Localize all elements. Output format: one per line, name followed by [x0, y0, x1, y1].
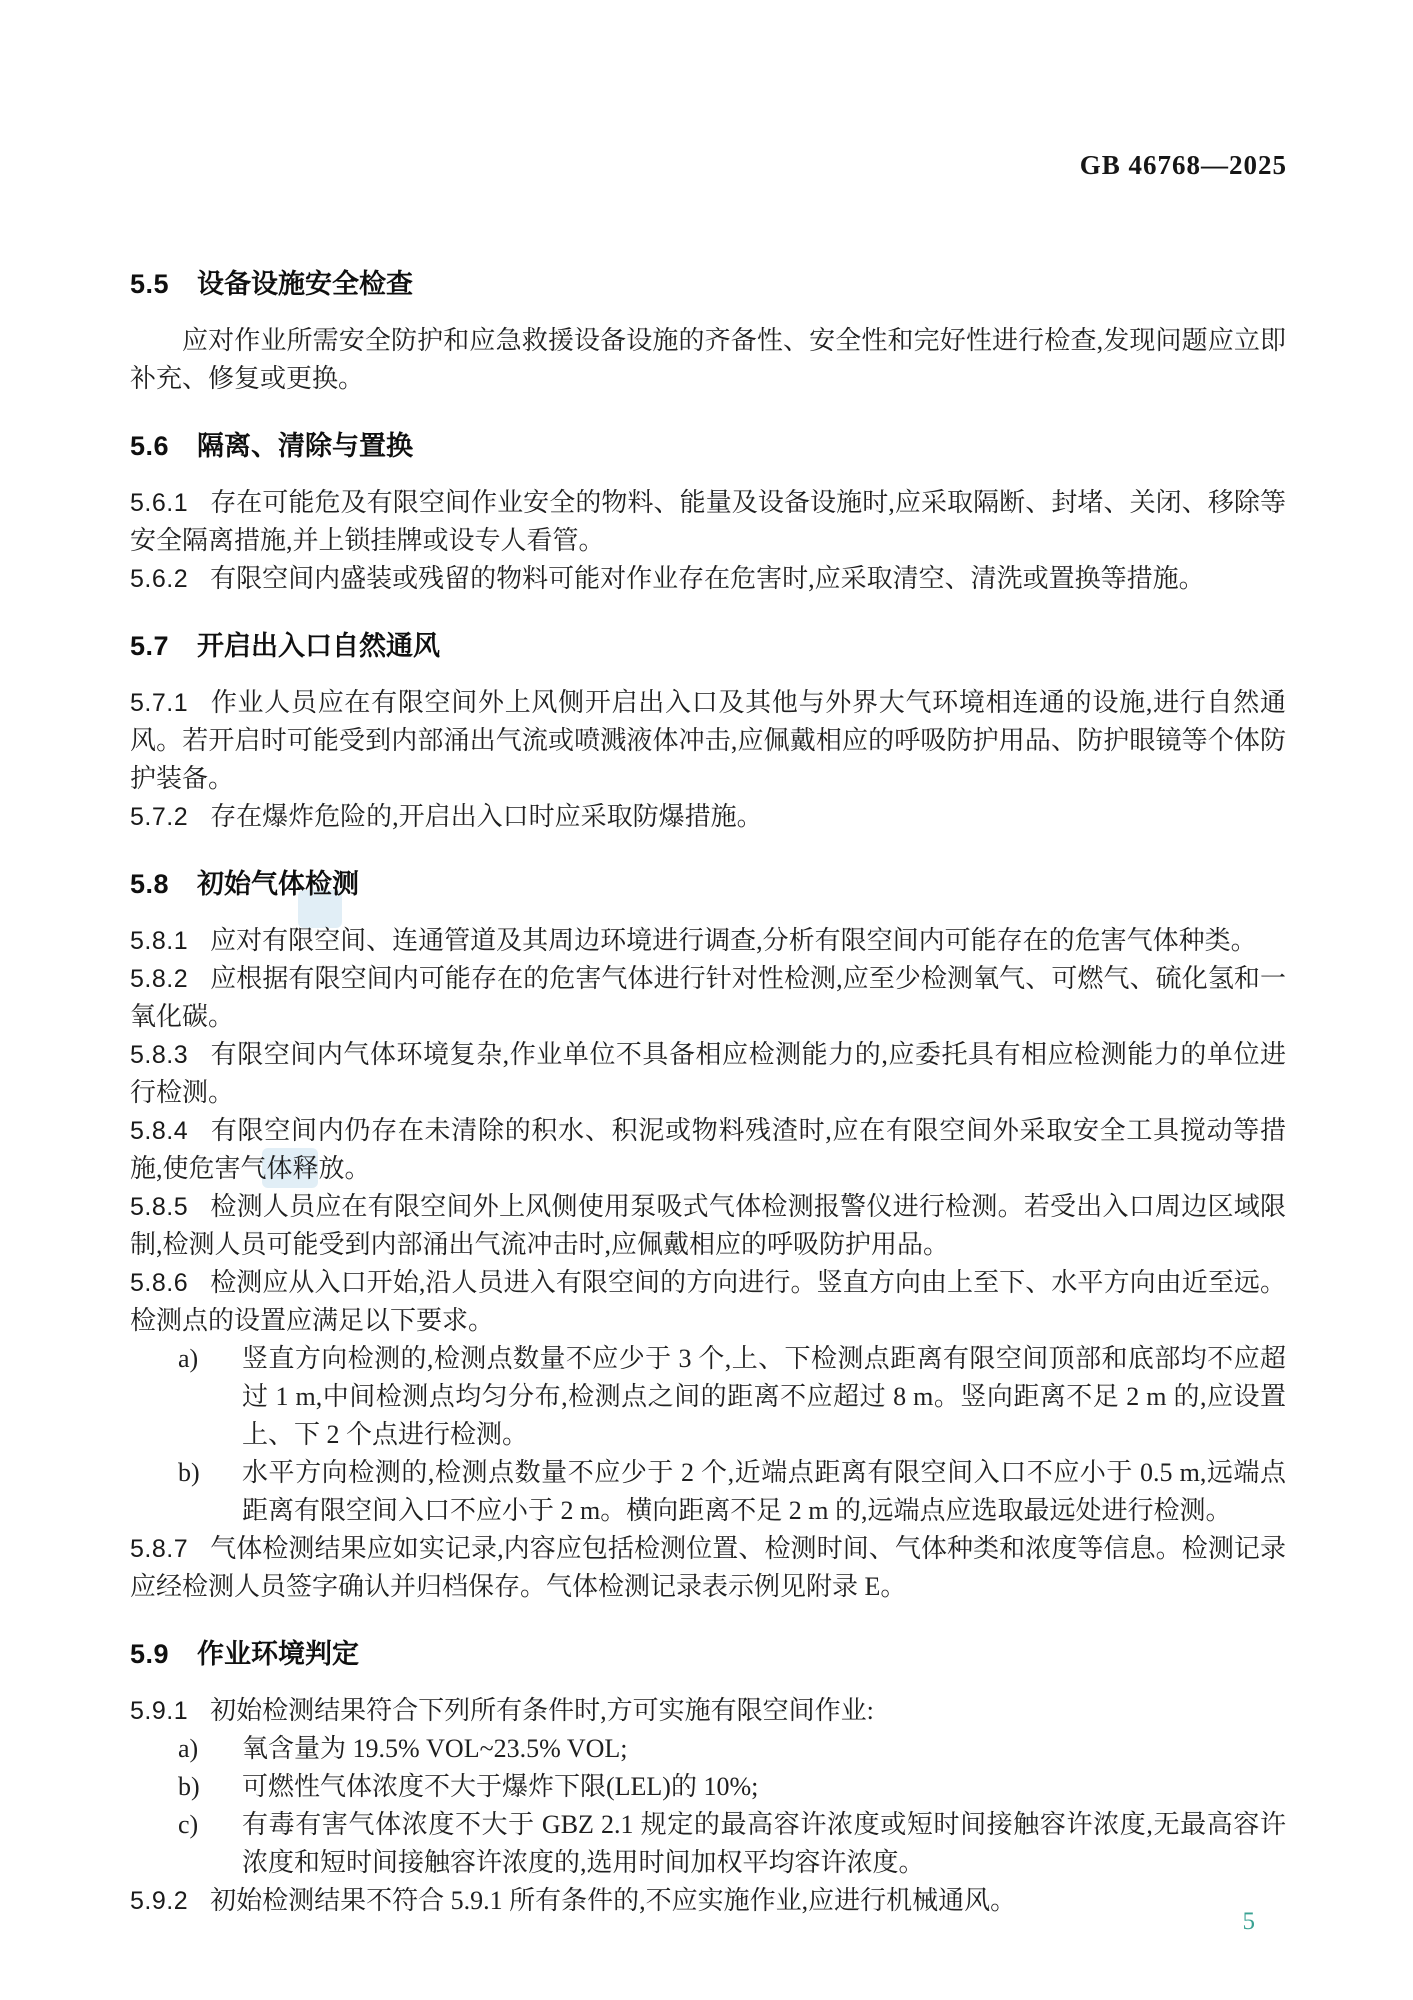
section-number: 5.9 [130, 1639, 169, 1669]
clause-text: 有限空间内气体环境复杂,作业单位不具备相应检测能力的,应委托具有相应检测能力的单… [130, 1040, 1286, 1107]
section-heading: 5.7开启出入口自然通风 [130, 626, 1286, 666]
list-item-text: 氧含量为 19.5% VOL~23.5% VOL; [242, 1734, 628, 1763]
clause-text: 初始检测结果不符合 5.9.1 所有条件的,不应实施作业,应进行机械通风。 [210, 1886, 1016, 1915]
clause-number: 5.6.2 [130, 565, 188, 593]
body-paragraph: 应对作业所需安全防护和应急救援设备设施的齐备性、安全性和完好性进行检查,发现问题… [130, 322, 1286, 398]
list-item-marker: a) [178, 1730, 198, 1768]
list-item-marker: b) [178, 1768, 200, 1806]
section-title: 设备设施安全检查 [197, 269, 413, 299]
clause-number: 5.8.2 [130, 965, 188, 993]
clause-number: 5.8.7 [130, 1535, 188, 1563]
clause-paragraph: 5.8.5检测人员应在有限空间外上风侧使用泵吸式气体检测报警仪进行检测。若受出入… [130, 1188, 1286, 1264]
list-item-marker: b) [178, 1454, 200, 1492]
document-page: GB 46768—2025 5.5设备设施安全检查应对作业所需安全防护和应急救援… [0, 0, 1413, 2000]
clause-number: 5.9.2 [130, 1887, 188, 1915]
clause-text: 检测人员应在有限空间外上风侧使用泵吸式气体检测报警仪进行检测。若受出入口周边区域… [130, 1192, 1286, 1259]
list-item-text: 水平方向检测的,检测点数量不应少于 2 个,近端点距离有限空间入口不应小于 0.… [242, 1458, 1286, 1525]
clause-number: 5.8.4 [130, 1117, 188, 1145]
clause-number: 5.8.5 [130, 1193, 188, 1221]
clause-paragraph: 5.8.3有限空间内气体环境复杂,作业单位不具备相应检测能力的,应委托具有相应检… [130, 1036, 1286, 1112]
document-body: 5.5设备设施安全检查应对作业所需安全防护和应急救援设备设施的齐备性、安全性和完… [130, 246, 1286, 1920]
list-item-text: 竖直方向检测的,检测点数量不应少于 3 个,上、下检测点距离有限空间顶部和底部均… [242, 1344, 1286, 1449]
list-item: c)有毒有害气体浓度不大于 GBZ 2.1 规定的最高容许浓度或短时间接触容许浓… [130, 1806, 1286, 1882]
page-number: 5 [1243, 1908, 1256, 1936]
standard-number-header: GB 46768—2025 [130, 150, 1287, 181]
clause-paragraph: 5.8.4有限空间内仍存在未清除的积水、积泥或物料残渣时,应在有限空间外采取安全… [130, 1112, 1286, 1188]
list-item: a)竖直方向检测的,检测点数量不应少于 3 个,上、下检测点距离有限空间顶部和底… [130, 1340, 1286, 1454]
clause-text: 气体检测结果应如实记录,内容应包括检测位置、检测时间、气体种类和浓度等信息。检测… [130, 1534, 1286, 1601]
clause-text: 应对有限空间、连通管道及其周边环境进行调查,分析有限空间内可能存在的危害气体种类… [210, 926, 1257, 955]
clause-paragraph: 5.8.2应根据有限空间内可能存在的危害气体进行针对性检测,应至少检测氧气、可燃… [130, 960, 1286, 1036]
section-number: 5.7 [130, 631, 169, 661]
clause-text: 有限空间内盛装或残留的物料可能对作业存在危害时,应采取清空、清洗或置换等措施。 [210, 564, 1205, 593]
clause-text: 应根据有限空间内可能存在的危害气体进行针对性检测,应至少检测氧气、可燃气、硫化氢… [130, 964, 1286, 1031]
clause-number: 5.8.3 [130, 1041, 188, 1069]
clause-paragraph: 5.9.2初始检测结果不符合 5.9.1 所有条件的,不应实施作业,应进行机械通… [130, 1882, 1286, 1920]
clause-number: 5.7.1 [130, 689, 188, 717]
clause-text: 存在爆炸危险的,开启出入口时应采取防爆措施。 [210, 802, 763, 831]
list-item: b)可燃性气体浓度不大于爆炸下限(LEL)的 10%; [130, 1768, 1286, 1806]
list-item: b)水平方向检测的,检测点数量不应少于 2 个,近端点距离有限空间入口不应小于 … [130, 1454, 1286, 1530]
clause-number: 5.9.1 [130, 1697, 188, 1725]
clause-text: 存在可能危及有限空间作业安全的物料、能量及设备设施时,应采取隔断、封堵、关闭、移… [130, 488, 1286, 555]
clause-paragraph: 5.6.2有限空间内盛装或残留的物料可能对作业存在危害时,应采取清空、清洗或置换… [130, 560, 1286, 598]
clause-paragraph: 5.6.1存在可能危及有限空间作业安全的物料、能量及设备设施时,应采取隔断、封堵… [130, 484, 1286, 560]
section-heading: 5.5设备设施安全检查 [130, 264, 1286, 304]
section-heading: 5.6隔离、清除与置换 [130, 426, 1286, 466]
clause-number: 5.7.2 [130, 803, 188, 831]
clause-paragraph: 5.9.1初始检测结果符合下列所有条件时,方可实施有限空间作业: [130, 1692, 1286, 1730]
section-heading: 5.9作业环境判定 [130, 1634, 1286, 1674]
section-title: 开启出入口自然通风 [197, 631, 440, 661]
clause-paragraph: 5.8.6检测应从入口开始,沿人员进入有限空间的方向进行。竖直方向由上至下、水平… [130, 1264, 1286, 1340]
clause-paragraph: 5.8.7气体检测结果应如实记录,内容应包括检测位置、检测时间、气体种类和浓度等… [130, 1530, 1286, 1606]
clause-text: 有限空间内仍存在未清除的积水、积泥或物料残渣时,应在有限空间外采取安全工具搅动等… [130, 1116, 1286, 1183]
section-number: 5.6 [130, 431, 169, 461]
clause-number: 5.8.6 [130, 1269, 188, 1297]
clause-text: 作业人员应在有限空间外上风侧开启出入口及其他与外界大气环境相连通的设施,进行自然… [130, 688, 1286, 793]
section-number: 5.8 [130, 869, 169, 899]
clause-number: 5.8.1 [130, 927, 188, 955]
clause-paragraph: 5.8.1应对有限空间、连通管道及其周边环境进行调查,分析有限空间内可能存在的危… [130, 922, 1286, 960]
clause-text: 初始检测结果符合下列所有条件时,方可实施有限空间作业: [210, 1696, 874, 1725]
clause-paragraph: 5.7.2存在爆炸危险的,开启出入口时应采取防爆措施。 [130, 798, 1286, 836]
section-title: 隔离、清除与置换 [197, 431, 413, 461]
section-number: 5.5 [130, 269, 169, 299]
list-item-text: 可燃性气体浓度不大于爆炸下限(LEL)的 10%; [242, 1772, 758, 1801]
list-item: a)氧含量为 19.5% VOL~23.5% VOL; [130, 1730, 1286, 1768]
list-item-marker: a) [178, 1340, 198, 1378]
clause-text: 检测应从入口开始,沿人员进入有限空间的方向进行。竖直方向由上至下、水平方向由近至… [130, 1268, 1286, 1335]
section-title: 作业环境判定 [197, 1639, 359, 1669]
clause-number: 5.6.1 [130, 489, 188, 517]
section-heading: 5.8初始气体检测 [130, 864, 1286, 904]
list-item-text: 有毒有害气体浓度不大于 GBZ 2.1 规定的最高容许浓度或短时间接触容许浓度,… [242, 1810, 1286, 1877]
list-item-marker: c) [178, 1806, 198, 1844]
section-title: 初始气体检测 [197, 869, 359, 899]
clause-paragraph: 5.7.1作业人员应在有限空间外上风侧开启出入口及其他与外界大气环境相连通的设施… [130, 684, 1286, 798]
